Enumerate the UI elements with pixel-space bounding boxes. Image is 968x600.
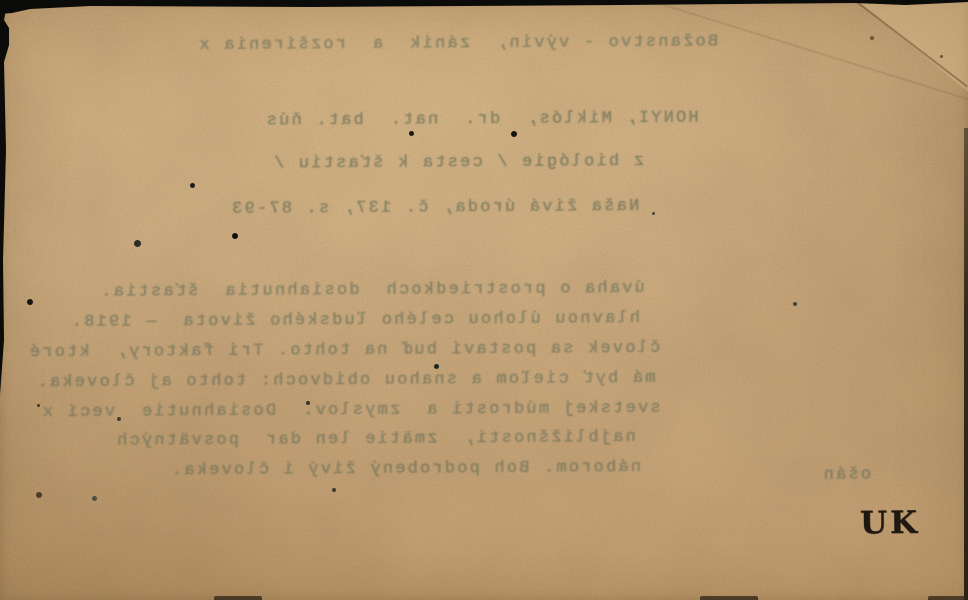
bleedthrough-text-layer: Božanstvo - vývin, zánik a rozšírenia xH… <box>0 0 968 600</box>
bleedthrough-line: človek sa postaví buď na tohto. Tri fakt… <box>28 339 661 362</box>
scanned-card: Božanstvo - vývin, zánik a rozšírenia xH… <box>0 0 968 600</box>
scan-border-bottom-dash <box>928 596 968 600</box>
ink-speck <box>434 364 439 369</box>
paper-texture <box>0 0 968 600</box>
scan-border-bottom-dash <box>214 596 262 600</box>
ink-speck <box>190 183 195 188</box>
ink-speck <box>940 55 943 58</box>
ink-speck <box>36 492 42 498</box>
ink-speck <box>92 496 97 501</box>
bleedthrough-line: z biológie / cesta k šťastiu / <box>272 152 644 174</box>
ink-speck <box>870 36 874 40</box>
bleedthrough-line: úvaha o prostriedkoch dosiahnutia šťasti… <box>99 279 645 302</box>
bleedthrough-line: hlavnou úlohou celého ľudského života — … <box>70 309 641 332</box>
bleedthrough-line: HONYI, Miklós, dr. nat. bat. ňús <box>265 108 699 130</box>
ink-speck <box>306 401 310 405</box>
corner-fold-highlight <box>0 0 968 120</box>
ink-speck <box>409 131 414 136</box>
ink-speck <box>793 302 797 306</box>
ink-speck <box>134 240 141 247</box>
bleedthrough-line: Naša živá úroda, č. 137, s. 87-93 <box>230 197 639 219</box>
scan-border-right <box>964 128 968 600</box>
ink-speck <box>37 404 40 407</box>
scan-border-top <box>0 0 968 14</box>
bleedthrough-line: ošán <box>822 465 872 484</box>
scan-border-bottom-dash <box>700 596 758 600</box>
scan-border-left <box>0 0 10 400</box>
ink-speck <box>652 212 655 215</box>
bleedthrough-line: náborom. Boh podrobený živý i človeka. <box>170 458 641 480</box>
bleedthrough-line: má byť cieľom a snahou obidvoch: tohto a… <box>35 369 655 392</box>
ink-speck <box>27 299 33 305</box>
ink-speck <box>511 131 517 137</box>
bleedthrough-line: Božanstvo - vývin, zánik a rozšírenia x <box>197 32 718 55</box>
library-stamp: UK <box>860 505 920 542</box>
bleedthrough-line: najbližšnosti, zmätie len dar posvätných <box>115 428 636 451</box>
ink-speck <box>332 488 336 492</box>
ink-speck <box>117 417 121 421</box>
bleedthrough-line: svetskej múdrosti a zmyslov. Dosiahnutie… <box>41 399 661 422</box>
ink-speck <box>232 233 238 239</box>
